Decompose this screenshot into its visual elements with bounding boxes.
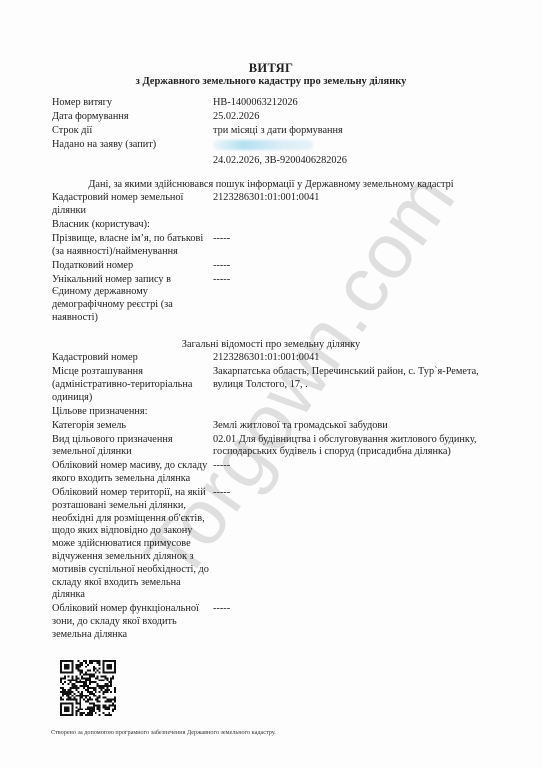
field-label: Кадастровий номер [52, 352, 213, 365]
field-value: ----- [213, 260, 492, 273]
field-value: ----- [213, 603, 492, 641]
field-value: 2123286301:01:001:0041 [213, 352, 492, 365]
field-value: Закарпатська область, Перечинський район… [213, 366, 492, 404]
header-fields: Номер витягу НВ-1400063212026 Дата форму… [52, 97, 492, 169]
field-label: Кадастровий номер земельної ділянки [52, 192, 213, 218]
extract-document: Torgown.com ВИТЯГ з Державного земельног… [0, 0, 542, 768]
field-value: ----- [213, 460, 492, 486]
field-extract-number: Номер витягу НВ-1400063212026 [52, 97, 492, 110]
field-purpose: Цільове призначення: [52, 406, 492, 419]
field-purpose-type: Вид цільового призначення земельної діля… [52, 434, 492, 460]
field-value: 24.02.2026, ЗВ-9200406282026 [213, 139, 492, 168]
field-value: 02.01 Для будівництва і обслуговування ж… [213, 434, 492, 460]
field-label: Дата формування [52, 111, 213, 124]
field-cadastral-number: Кадастровий номер 2123286301:01:001:0041 [52, 352, 492, 365]
field-label: Обліковий номер масиву, до складу якого … [52, 460, 213, 486]
document-title: ВИТЯГ [0, 61, 542, 76]
field-value: Землі житлової та громадської забудови [213, 420, 492, 433]
field-demographic-registry-number: Унікальний номер запису в Єдиному держав… [52, 274, 492, 325]
field-value: 25.02.2026 [213, 111, 492, 124]
field-value: ----- [213, 233, 492, 259]
field-array-number: Обліковий номер масиву, до складу якого … [52, 460, 492, 486]
field-owner: Власник (користувач): [52, 219, 492, 232]
qr-code-icon [60, 660, 116, 716]
field-request: Надано на заяву (запит) 24.02.2026, ЗВ-9… [52, 139, 492, 168]
document-subtitle: з Державного земельного кадастру про зем… [0, 76, 542, 87]
field-territory-number: Обліковий номер території, на якій розта… [52, 487, 492, 602]
field-cadastral-number-search: Кадастровий номер земельної ділянки 2123… [52, 192, 492, 218]
general-fields: Кадастровий номер 2123286301:01:001:0041… [52, 352, 492, 643]
field-label: Обліковий номер території, на якій розта… [52, 487, 213, 602]
field-functional-zone-number: Обліковий номер функціональної зони, до … [52, 603, 492, 641]
search-section-heading: Дані, за якими здійснювався пошук інформ… [0, 178, 542, 191]
field-validity: Строк дії три місяці з дати формування [52, 125, 492, 138]
field-label: Власник (користувач): [52, 219, 492, 232]
field-owner-name: Прізвище, власне ім’я, по батькові (за н… [52, 233, 492, 259]
field-label: Номер витягу [52, 97, 213, 110]
field-label: Податковий номер [52, 260, 213, 273]
field-label: Місце розташування (адміністративно-тери… [52, 366, 213, 404]
field-label: Строк дії [52, 125, 213, 138]
field-tax-number: Податковий номер ----- [52, 260, 492, 273]
footer-note: Створено за допомогою програмного забезп… [51, 729, 276, 736]
field-land-category: Категорія земель Землі житлової та грома… [52, 420, 492, 433]
field-value: ----- [213, 487, 492, 602]
field-label: Категорія земель [52, 420, 213, 433]
field-label: Унікальний номер запису в Єдиному держав… [52, 274, 213, 325]
request-date-number: 24.02.2026, ЗВ-9200406282026 [213, 155, 347, 166]
field-label: Надано на заяву (запит) [52, 139, 213, 168]
field-value: ----- [213, 274, 492, 325]
field-location: Місце розташування (адміністративно-тери… [52, 366, 492, 404]
field-value: НВ-1400063212026 [213, 97, 492, 110]
field-label: Цільове призначення: [52, 406, 213, 419]
field-formation-date: Дата формування 25.02.2026 [52, 111, 492, 124]
field-value: 2123286301:01:001:0041 [213, 192, 492, 218]
field-label: Прізвище, власне ім’я, по батькові (за н… [52, 233, 213, 259]
search-fields: Кадастровий номер земельної ділянки 2123… [52, 192, 492, 326]
general-section-heading: Загальні відомості про земельну ділянку [0, 338, 542, 351]
field-value: три місяці з дати формування [213, 125, 492, 138]
field-label: Обліковий номер функціональної зони, до … [52, 603, 213, 641]
field-label: Вид цільового призначення земельної діля… [52, 434, 213, 460]
redacted-applicant-name [213, 140, 313, 150]
